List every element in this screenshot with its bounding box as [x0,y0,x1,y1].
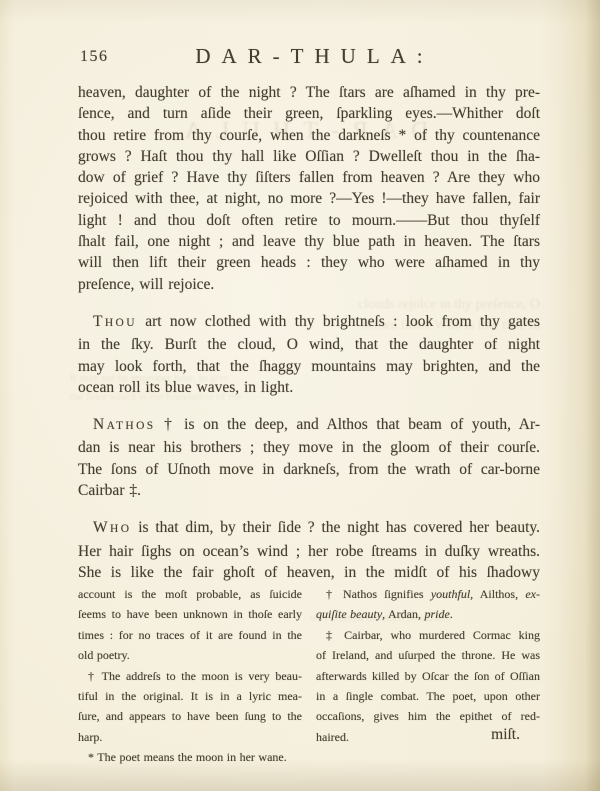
footnote-italic: pride [424,607,449,621]
footnote-text: , Ailthos, [470,587,525,601]
text-line: preſence, will rejoice. [78,274,540,295]
footnote-line: in a ſingle combat. The poet, upon other [316,686,540,706]
lead-capital: N [93,416,107,433]
lead-capital: W [93,519,110,536]
footnote-line: † Nathos ſignifies youthful, Ailthos, ex… [316,584,540,604]
text-line-rest: is that dim, by their ſide ? the night h… [131,519,540,536]
text-line: will then lift their green heads : they … [78,252,540,273]
catchword: miſt. [78,726,520,744]
footnote-line: tiful in the original. It is in a lyric … [78,686,302,706]
paragraph-3: NATHOS † is on the deep, and Althos that… [78,414,540,501]
body-text: heaven, daughter of the night ? The ſtar… [78,82,540,583]
book-page: DAR-THULA clouds rejoice in thy preſence… [0,0,600,791]
lead-small-caps: HO [110,523,131,535]
text-line: grows ? Haſt thou thy hall like Oſſian ?… [78,146,540,167]
footnote-italic: ex- [525,587,540,601]
footnote-italic: quiſite beauty [316,607,382,621]
footnote-line: ‡ Cairbar, who murdered Cormac king [316,625,540,645]
text-line: ſhalt fail, one night ; and leave thy bl… [78,231,540,252]
paragraph-4: WHO is that dim, by their ſide ? the nig… [78,517,540,583]
text-line: She is like the fair ghoſt of heaven, in… [78,562,540,583]
text-line: Her hair ſighs on ocean’s wind ; her rob… [78,541,540,562]
running-title: DAR-THULA: [78,44,540,69]
footnote-text: † Nathos ſignifies [326,587,431,601]
text-line: heaven, daughter of the night ? The ſtar… [78,82,540,103]
text-line: Cairbar ‡. [78,480,540,501]
lead-capital: T [93,313,105,330]
footnote-line: of Ireland, and uſurped the throne. He w… [316,645,540,665]
text-line: rejoiced with thee, at night, no more ?—… [78,188,540,209]
footnote-line: ſure, and appears to have been ſung to t… [78,706,302,726]
text-line: may look forth, that the ſhaggy mountain… [78,356,540,377]
text-line-rest: art now clothed with thy brightneſs : lo… [137,313,540,330]
footnote-line: times : for no traces of it are found in… [78,625,302,645]
text-line: dow of grief ? Have thy ſiſters fallen f… [78,167,540,188]
footnote-italic: youthful [431,587,470,601]
footnote-line: * The poet means the moon in her wane. [78,747,302,767]
text-line: The ſons of Uſnoth move in darkneſs, fro… [78,459,540,480]
footnote-text: , Ardan, [382,607,424,621]
text-line: in the ſky. Burſt the cloud, O wind, tha… [78,334,540,355]
footnote-line: account is the moſt probable, as ſuicide [78,584,302,604]
footnote-line: old poetry. [78,645,302,665]
footnote-line: afterwards killed by Oſcar the ſon of Oſ… [316,666,540,686]
text-line-rest: † is on the deep, and Althos that beam o… [156,416,540,433]
text-line: ocean roll its blue waves, in light. [78,377,540,398]
footnote-line: quiſite beauty, Ardan, pride. [316,604,540,624]
lead-small-caps: HOU [105,317,137,329]
paragraph-2: THOU art now clothed with thy brightneſs… [78,311,540,398]
footnote-line: † The addreſs to the moon is very beau- [78,666,302,686]
text-line: THOU art now clothed with thy brightneſs… [78,311,540,334]
text-line: ſence, and turn aſide their green, ſpark… [78,103,540,124]
text-line: NATHOS † is on the deep, and Althos that… [78,414,540,437]
lead-small-caps: ATHOS [107,420,156,432]
text-line: WHO is that dim, by their ſide ? the nig… [78,517,540,540]
text-line: light ! and thou doſt often retire to mo… [78,210,540,231]
paragraph-1: heaven, daughter of the night ? The ſtar… [78,82,540,295]
footnote-line: ſeems to have been unknown in thoſe earl… [78,604,302,624]
footnote-text: . [450,607,453,621]
text-line: dan is near his brothers ; they move in … [78,437,540,458]
footnote-line: occaſions, gives him the epithet of red- [316,706,540,726]
text-line: thou retire from thy courſe, when the da… [78,125,540,146]
